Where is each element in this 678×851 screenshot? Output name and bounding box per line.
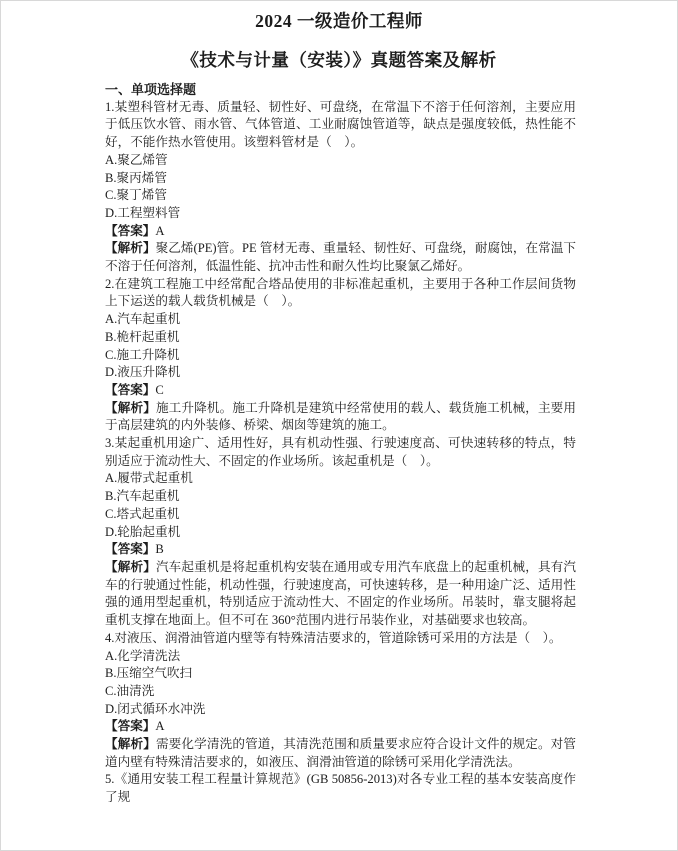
answer-line: 【答案】A xyxy=(105,718,576,736)
question-stem: 5.《通用安装工程工程量计算规范》(GB 50856-2013)对各专业工程的基… xyxy=(105,771,576,806)
analysis-line: 【解析】聚乙烯(PE)管。PE 管材无毒、重量轻、韧性好、可盘绕，耐腐蚀，在常温… xyxy=(105,240,576,275)
question-option: A.聚乙烯管 xyxy=(105,152,576,170)
question-option: C.油清洗 xyxy=(105,683,576,701)
question-option: A.化学清洗法 xyxy=(105,648,576,666)
document-body: 一、单项选择题 1.某塑科管材无毒、质量轻、韧性好、可盘绕，在常温下不溶于任何溶… xyxy=(1,81,677,807)
question-option: D.轮胎起重机 xyxy=(105,524,576,542)
answer-value: A xyxy=(155,224,164,238)
question-option: B.聚丙烯管 xyxy=(105,170,576,188)
analysis-line: 【解析】需要化学清洗的管道，其清洗范围和质量要求应符合设计文件的规定。对管道内壁… xyxy=(105,736,576,771)
document-subtitle: 《技术与计量（安装）》真题答案及解析 xyxy=(1,49,677,71)
question-option: B.桅杆起重机 xyxy=(105,329,576,347)
analysis-line: 【解析】施工升降机。施工升降机是建筑中经常使用的载人、载货施工机械，主要用于高层… xyxy=(105,400,576,435)
answer-value: C xyxy=(155,383,163,397)
question-stem: 1.某塑科管材无毒、质量轻、韧性好、可盘绕，在常温下不溶于任何溶剂，主要应用于低… xyxy=(105,99,576,152)
answer-value: A xyxy=(155,719,164,733)
answer-line: 【答案】C xyxy=(105,382,576,400)
question-option: A.履带式起重机 xyxy=(105,470,576,488)
question-option: C.塔式起重机 xyxy=(105,506,576,524)
analysis-label: 【解析】 xyxy=(105,560,156,574)
question-option: B.汽车起重机 xyxy=(105,488,576,506)
answer-label: 【答案】 xyxy=(105,542,155,556)
analysis-text: 施工升降机。施工升降机是建筑中经常使用的载人、载货施工机械，主要用于高层建筑的内… xyxy=(105,401,576,433)
question-option: C.施工升降机 xyxy=(105,347,576,365)
question-stem: 3.某起重机用途广、适用性好，具有机动性强、行驶速度高、可快速转移的特点，特别适… xyxy=(105,435,576,470)
question-stem: 4.对液压、润滑油管道内壁等有特殊清洁要求的，管道除锈可采用的方法是（ ）。 xyxy=(105,630,576,648)
analysis-text: 聚乙烯(PE)管。PE 管材无毒、重量轻、韧性好、可盘绕，耐腐蚀，在常温下不溶于… xyxy=(105,241,576,273)
analysis-text: 需要化学清洗的管道，其清洗范围和质量要求应符合设计文件的规定。对管道内壁有特殊清… xyxy=(105,737,576,769)
question-option: D.液压升降机 xyxy=(105,364,576,382)
question-option: C.聚丁烯管 xyxy=(105,187,576,205)
question-option: A.汽车起重机 xyxy=(105,311,576,329)
answer-line: 【答案】A xyxy=(105,223,576,241)
section-heading: 一、单项选择题 xyxy=(105,81,576,99)
question-list: 1.某塑科管材无毒、质量轻、韧性好、可盘绕，在常温下不溶于任何溶剂，主要应用于低… xyxy=(105,99,576,807)
question-option: B.压缩空气吹扫 xyxy=(105,665,576,683)
analysis-line: 【解析】汽车起重机是将起重机构安装在通用或专用汽车底盘上的起重机械，具有汽车的行… xyxy=(105,559,576,630)
answer-label: 【答案】 xyxy=(105,719,155,733)
question-option: D.闭式循环水冲洗 xyxy=(105,701,576,719)
answer-label: 【答案】 xyxy=(105,383,155,397)
question-option: D.工程塑料管 xyxy=(105,205,576,223)
analysis-label: 【解析】 xyxy=(105,401,156,415)
analysis-label: 【解析】 xyxy=(105,241,156,255)
question-stem: 2.在建筑工程施工中经常配合塔品使用的非标准起重机，主要用于各种工作层间货物上下… xyxy=(105,276,576,311)
answer-line: 【答案】B xyxy=(105,541,576,559)
document-title: 2024 一级造价工程师 xyxy=(1,10,677,32)
analysis-text: 汽车起重机是将起重机构安装在通用或专用汽车底盘上的起重机械，具有汽车的行驶通过性… xyxy=(105,560,576,627)
analysis-label: 【解析】 xyxy=(105,737,156,751)
answer-label: 【答案】 xyxy=(105,224,155,238)
answer-value: B xyxy=(155,542,163,556)
document-page: 2024 一级造价工程师 《技术与计量（安装）》真题答案及解析 一、单项选择题 … xyxy=(0,0,678,851)
